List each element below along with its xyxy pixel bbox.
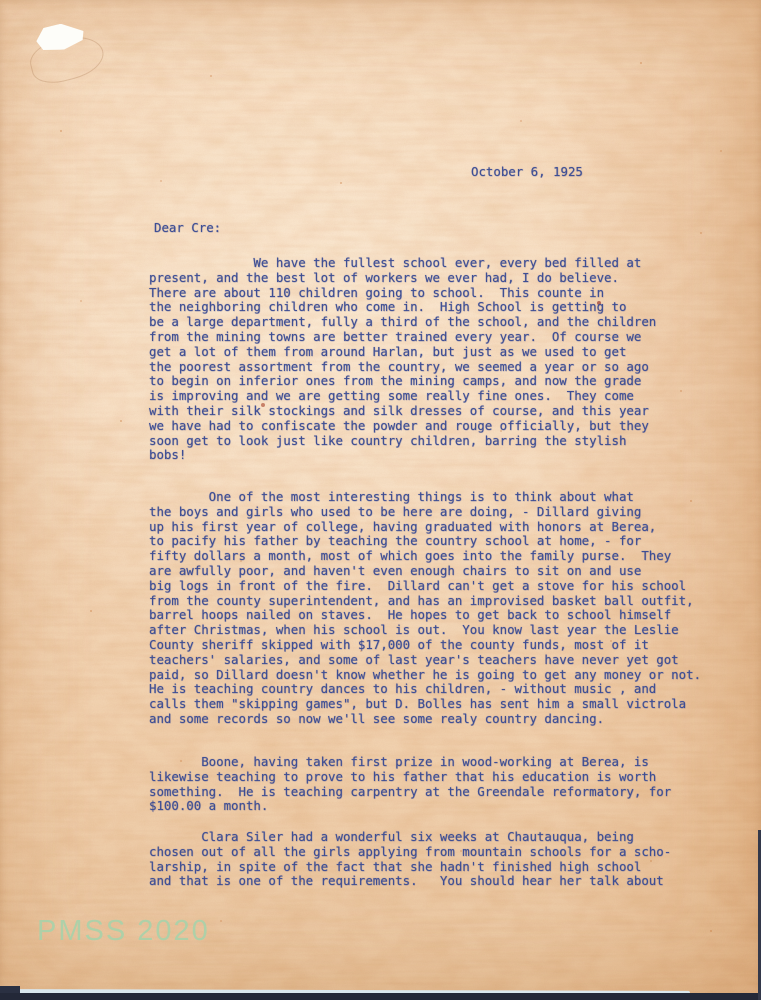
- archive-watermark: PMSS 2020: [37, 915, 210, 948]
- letter-paragraph-2: One of the most interesting things is to…: [149, 490, 701, 727]
- letter-paragraph-1: We have the fullest school ever, every b…: [149, 256, 656, 463]
- letter-paragraph-3: Boone, having taken first prize in wood-…: [149, 755, 671, 814]
- scanned-letter-page: October 6, 1925 Dear Cre: We have the fu…: [0, 0, 761, 1000]
- letter-paragraph-4: Clara Siler had a wonderful six weeks at…: [149, 830, 671, 889]
- scan-edge-bottom: [0, 993, 761, 1000]
- letter-date: October 6, 1925: [471, 165, 583, 180]
- letter-salutation: Dear Cre:: [154, 221, 221, 236]
- letter-body: October 6, 1925 Dear Cre: We have the fu…: [0, 0, 761, 1000]
